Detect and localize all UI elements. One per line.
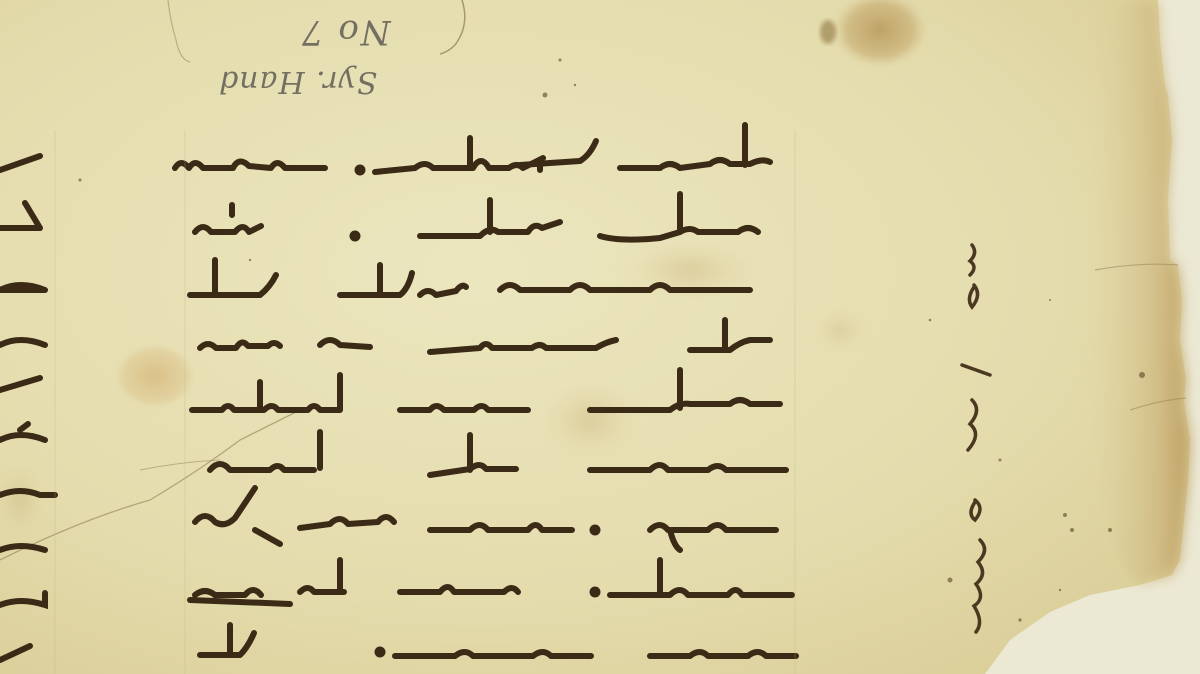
parchment-leaf — [0, 0, 1190, 674]
pencil-shelfmark-number: No 7 — [300, 12, 391, 52]
pencil-shelfmark-note: Syr. Hand — [218, 64, 377, 99]
manuscript-svg — [0, 0, 1200, 674]
manuscript-photo: No 7 Syr. Hand — [0, 0, 1200, 674]
stain-left — [115, 344, 195, 408]
